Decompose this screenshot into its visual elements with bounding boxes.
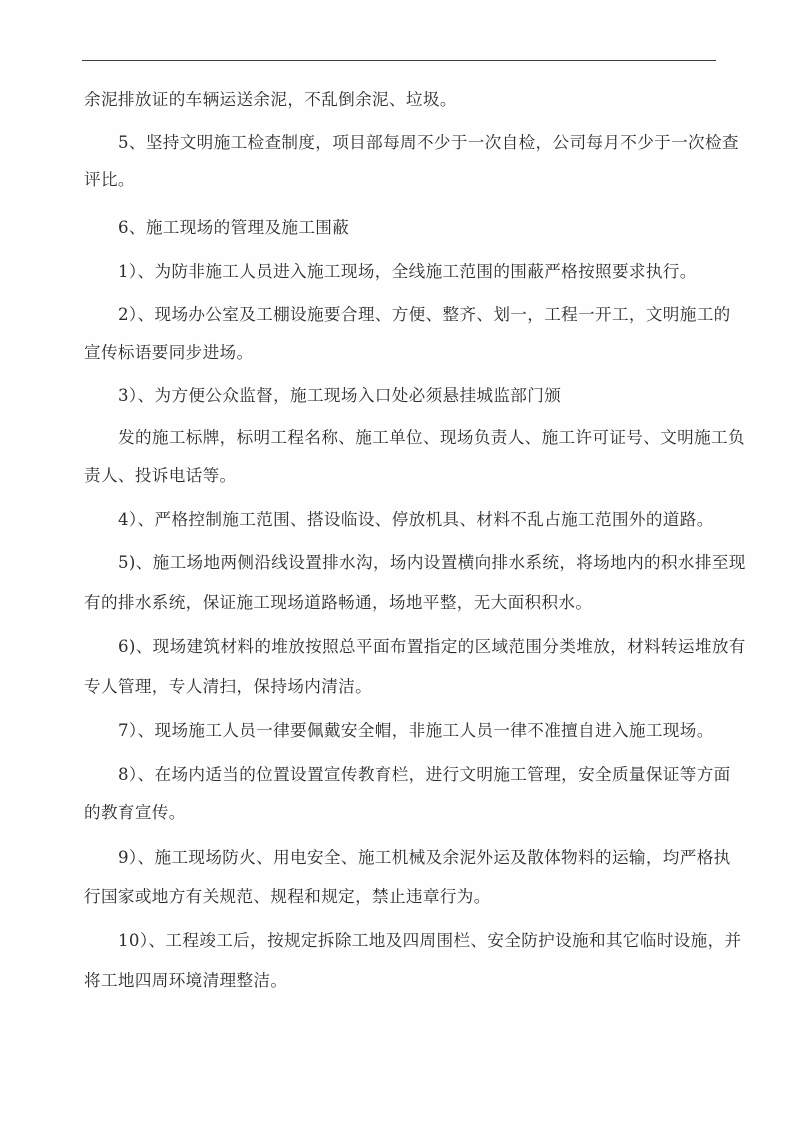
paragraph-line: 责人、投诉电话等。 [84,465,718,487]
paragraph-line: 10）、工程竣工后，按规定拆除工地及四周围栏、安全防护设施和其它临时设施，并 [84,930,718,952]
paragraph-line: 2）、现场办公室及工棚设施要合理、方便、整齐、划一，工程一开工，文明施工的 [84,304,718,326]
paragraph-line: 行国家或地方有关规范、规程和规定，禁止违章行为。 [84,886,718,908]
paragraph-line: 8）、在场内适当的位置设置宣传教育栏，进行文明施工管理，安全质量保证等方面 [84,764,718,786]
paragraph-line: 将工地四周环境清理整洁。 [84,970,718,992]
paragraph-line: 3）、为方便公众监督，施工现场入口处必须悬挂城监部门颁 [84,385,718,407]
paragraph-line: 1）、为防非施工人员进入施工现场，全线施工范围的围蔽严格按照要求执行。 [84,261,718,283]
paragraph-line: 6)、现场建筑材料的堆放按照总平面布置指定的区域范围分类堆放，材料转运堆放有 [84,636,718,658]
paragraph-line: 发的施工标牌，标明工程名称、施工单位、现场负责人、施工许可证号、文明施工负 [84,427,718,449]
section-heading: 6、施工现场的管理及施工围蔽 [84,217,718,239]
paragraph-line: 余泥排放证的车辆运送余泥，不乱倒余泥、垃圾。 [84,89,718,111]
document-page: 余泥排放证的车辆运送余泥，不乱倒余泥、垃圾。 5、坚持文明施工检查制度，项目部每… [0,0,800,1131]
header-rule [82,60,716,61]
paragraph-line: 评比。 [84,169,718,191]
paragraph-line: 的教育宣传。 [84,802,718,824]
paragraph-line: 5)、施工场地两侧沿线设置排水沟，场内设置横向排水系统，将场地内的积水排至现 [84,552,718,574]
paragraph-line: 4）、严格控制施工范围、搭设临设、停放机具、材料不乱占施工范围外的道路。 [84,509,718,531]
paragraph-line: 有的排水系统，保证施工现场道路畅通，场地平整，无大面积积水。 [84,592,718,614]
paragraph-line: 7）、现场施工人员一律要佩戴安全帽，非施工人员一律不准擅自进入施工现场。 [84,720,718,742]
paragraph-line: 专人管理，专人清扫，保持场内清洁。 [84,676,718,698]
paragraph-line: 5、坚持文明施工检查制度，项目部每周不少于一次自检，公司每月不少于一次检查 [84,132,718,154]
paragraph-line: 宣传标语要同步进场。 [84,342,718,364]
paragraph-line: 9）、施工现场防火、用电安全、施工机械及余泥外运及散体物料的运输，均严格执 [84,847,718,869]
